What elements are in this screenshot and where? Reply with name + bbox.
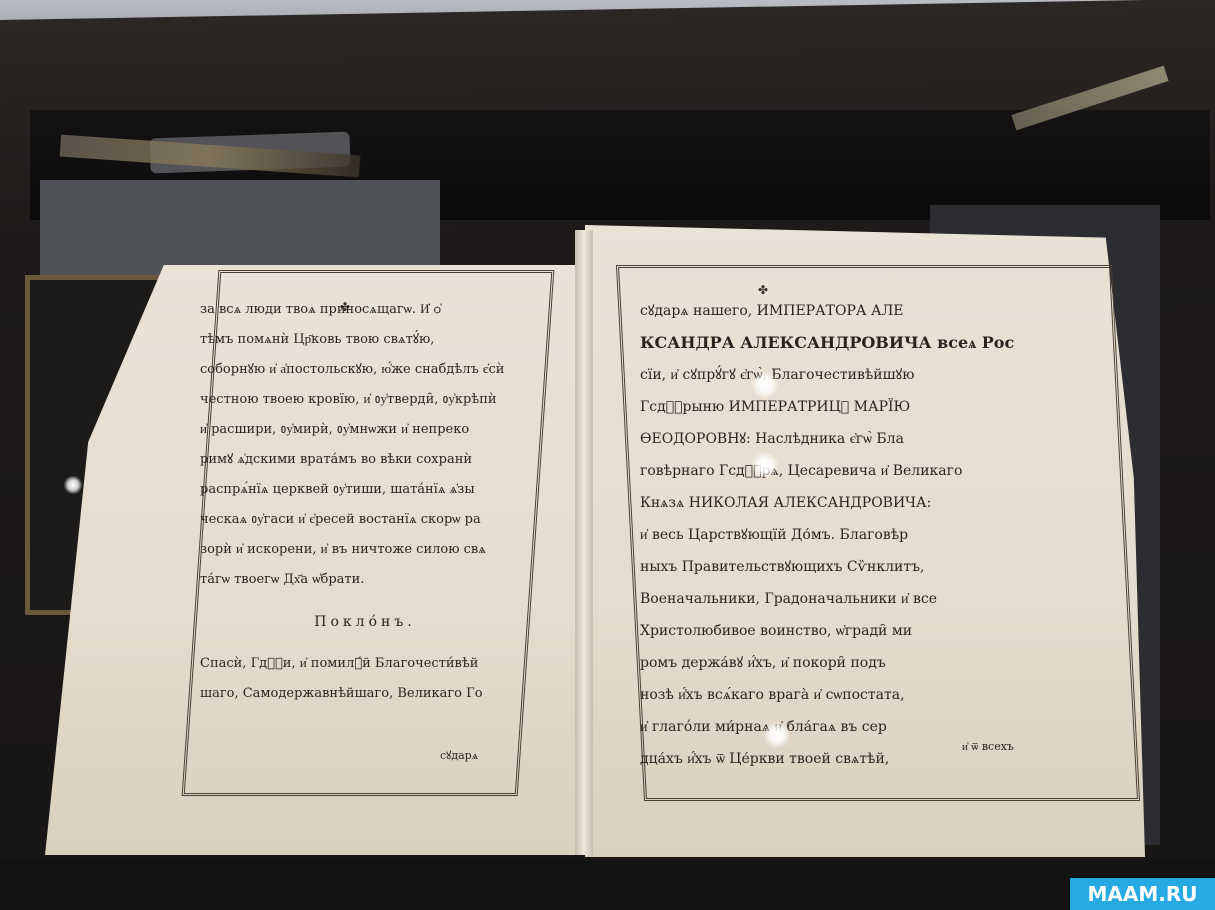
text-line: тѣмъ помѧнѝ Цр҃ковь твою свѧтꙋ́ю, (200, 325, 530, 355)
text-line: ческаѧ ᲂу҆гаси и҆ є҆ресей востанїѧ скорѡ… (200, 505, 530, 535)
text-line: Гсдⷭ҇рыню ИМПЕРАТРИЦꙋ МАРЇЮ (640, 391, 1070, 423)
text-line: говѣрнаго Гсдⷭ҇рѧ, Цесаревича и҆ Великаг… (640, 455, 1070, 487)
maam-watermark-logo: MAAM.RU (1070, 878, 1215, 910)
text-line: сїи, и҆ сꙋпрꙋ́гꙋ є҆гѡ̀, Благочестивѣйшꙋю (640, 359, 1070, 391)
text-line: честною твоею кровїю, и҆ ᲂу҆тверди̑, ᲂу҆… (200, 385, 530, 415)
text-line: соборнꙋю и҆ а҆постольскꙋю, ю҆́же снабдѣл… (200, 355, 530, 385)
light-glare (752, 452, 778, 478)
section-heading: Поклóнъ. (200, 607, 530, 637)
text-line: сꙋдарѧ нашего, ИМПЕРАТОРА АЛЕ (640, 295, 1070, 327)
light-glare (764, 722, 790, 748)
text-line: Спасѝ, Гдⷭ҇и, и҆ помилꙋ́й Благочести́вѣй (200, 649, 530, 679)
left-page-text: за всѧ люди твоѧ приносѧщагѡ. И҆ ѻ҆ тѣмъ… (200, 295, 530, 709)
text-line: та́гѡ твоегѡ Дх҃а ѡ҆брати. (200, 565, 530, 595)
left-catchword: сꙋдарѧ (440, 748, 478, 763)
right-page-text: сꙋдарѧ нашего, ИМПЕРАТОРА АЛЕ КСАНДРА АЛ… (640, 295, 1070, 775)
book-spine (575, 230, 593, 855)
text-line: распрѧ́нїѧ церквей ᲂу҆тиши, шата́нїѧ ѧ҆з… (200, 475, 530, 505)
text-line: и҆ весь Царствꙋющїй До́мъ. Благовѣр (640, 519, 1070, 551)
light-glare (64, 476, 82, 494)
text-line: Кнѧзѧ НИКОЛАЯ АЛЕКСАНДРОВИЧА: (640, 487, 1070, 519)
text-line: ромъ держа́вꙋ и҆́хъ, и҆ покори̑ подъ (640, 647, 1070, 679)
light-glare (752, 372, 778, 398)
text-line: ѲЕОДОРОВНꙋ: Наслѣдника є҆гѡ̀ Бла (640, 423, 1070, 455)
text-line: Военачальники, Градоначальники и҆ все (640, 583, 1070, 615)
text-line: нозѣ и҆́хъ всѧ́каго врага̀ и҆ сѡпостата, (640, 679, 1070, 711)
text-line: и҆ глагóли ми́рнаѧ и҆ бла́гаѧ въ сер (640, 711, 1070, 743)
text-line: шаго, Самодержавнѣйшаго, Великаго Го (200, 679, 530, 709)
case-base (0, 860, 1215, 910)
right-catchword: и҆ ѿ всехъ (962, 740, 1014, 753)
text-line: КСАНДРА АЛЕКСАНДРОВИЧА всеѧ Рос (640, 327, 1070, 359)
text-line: за всѧ люди твоѧ приносѧщагѡ. И҆ ѻ҆ (200, 295, 530, 325)
text-line: ныхъ Правительствꙋющихъ Сѷнклитъ, (640, 551, 1070, 583)
text-line: и҆ расшири, ᲂу҆мирѝ, ᲂу҆мнѡжи и҆ непреко (200, 415, 530, 445)
text-line: Христолюбивое воинство, ѡ҆гради̑ ми (640, 615, 1070, 647)
text-line: римꙋ ѧ҆дскими врата́мъ во вѣки сохранѝ (200, 445, 530, 475)
text-line: зорѝ и҆ искорени, и҆ въ ничтоже силою св… (200, 535, 530, 565)
